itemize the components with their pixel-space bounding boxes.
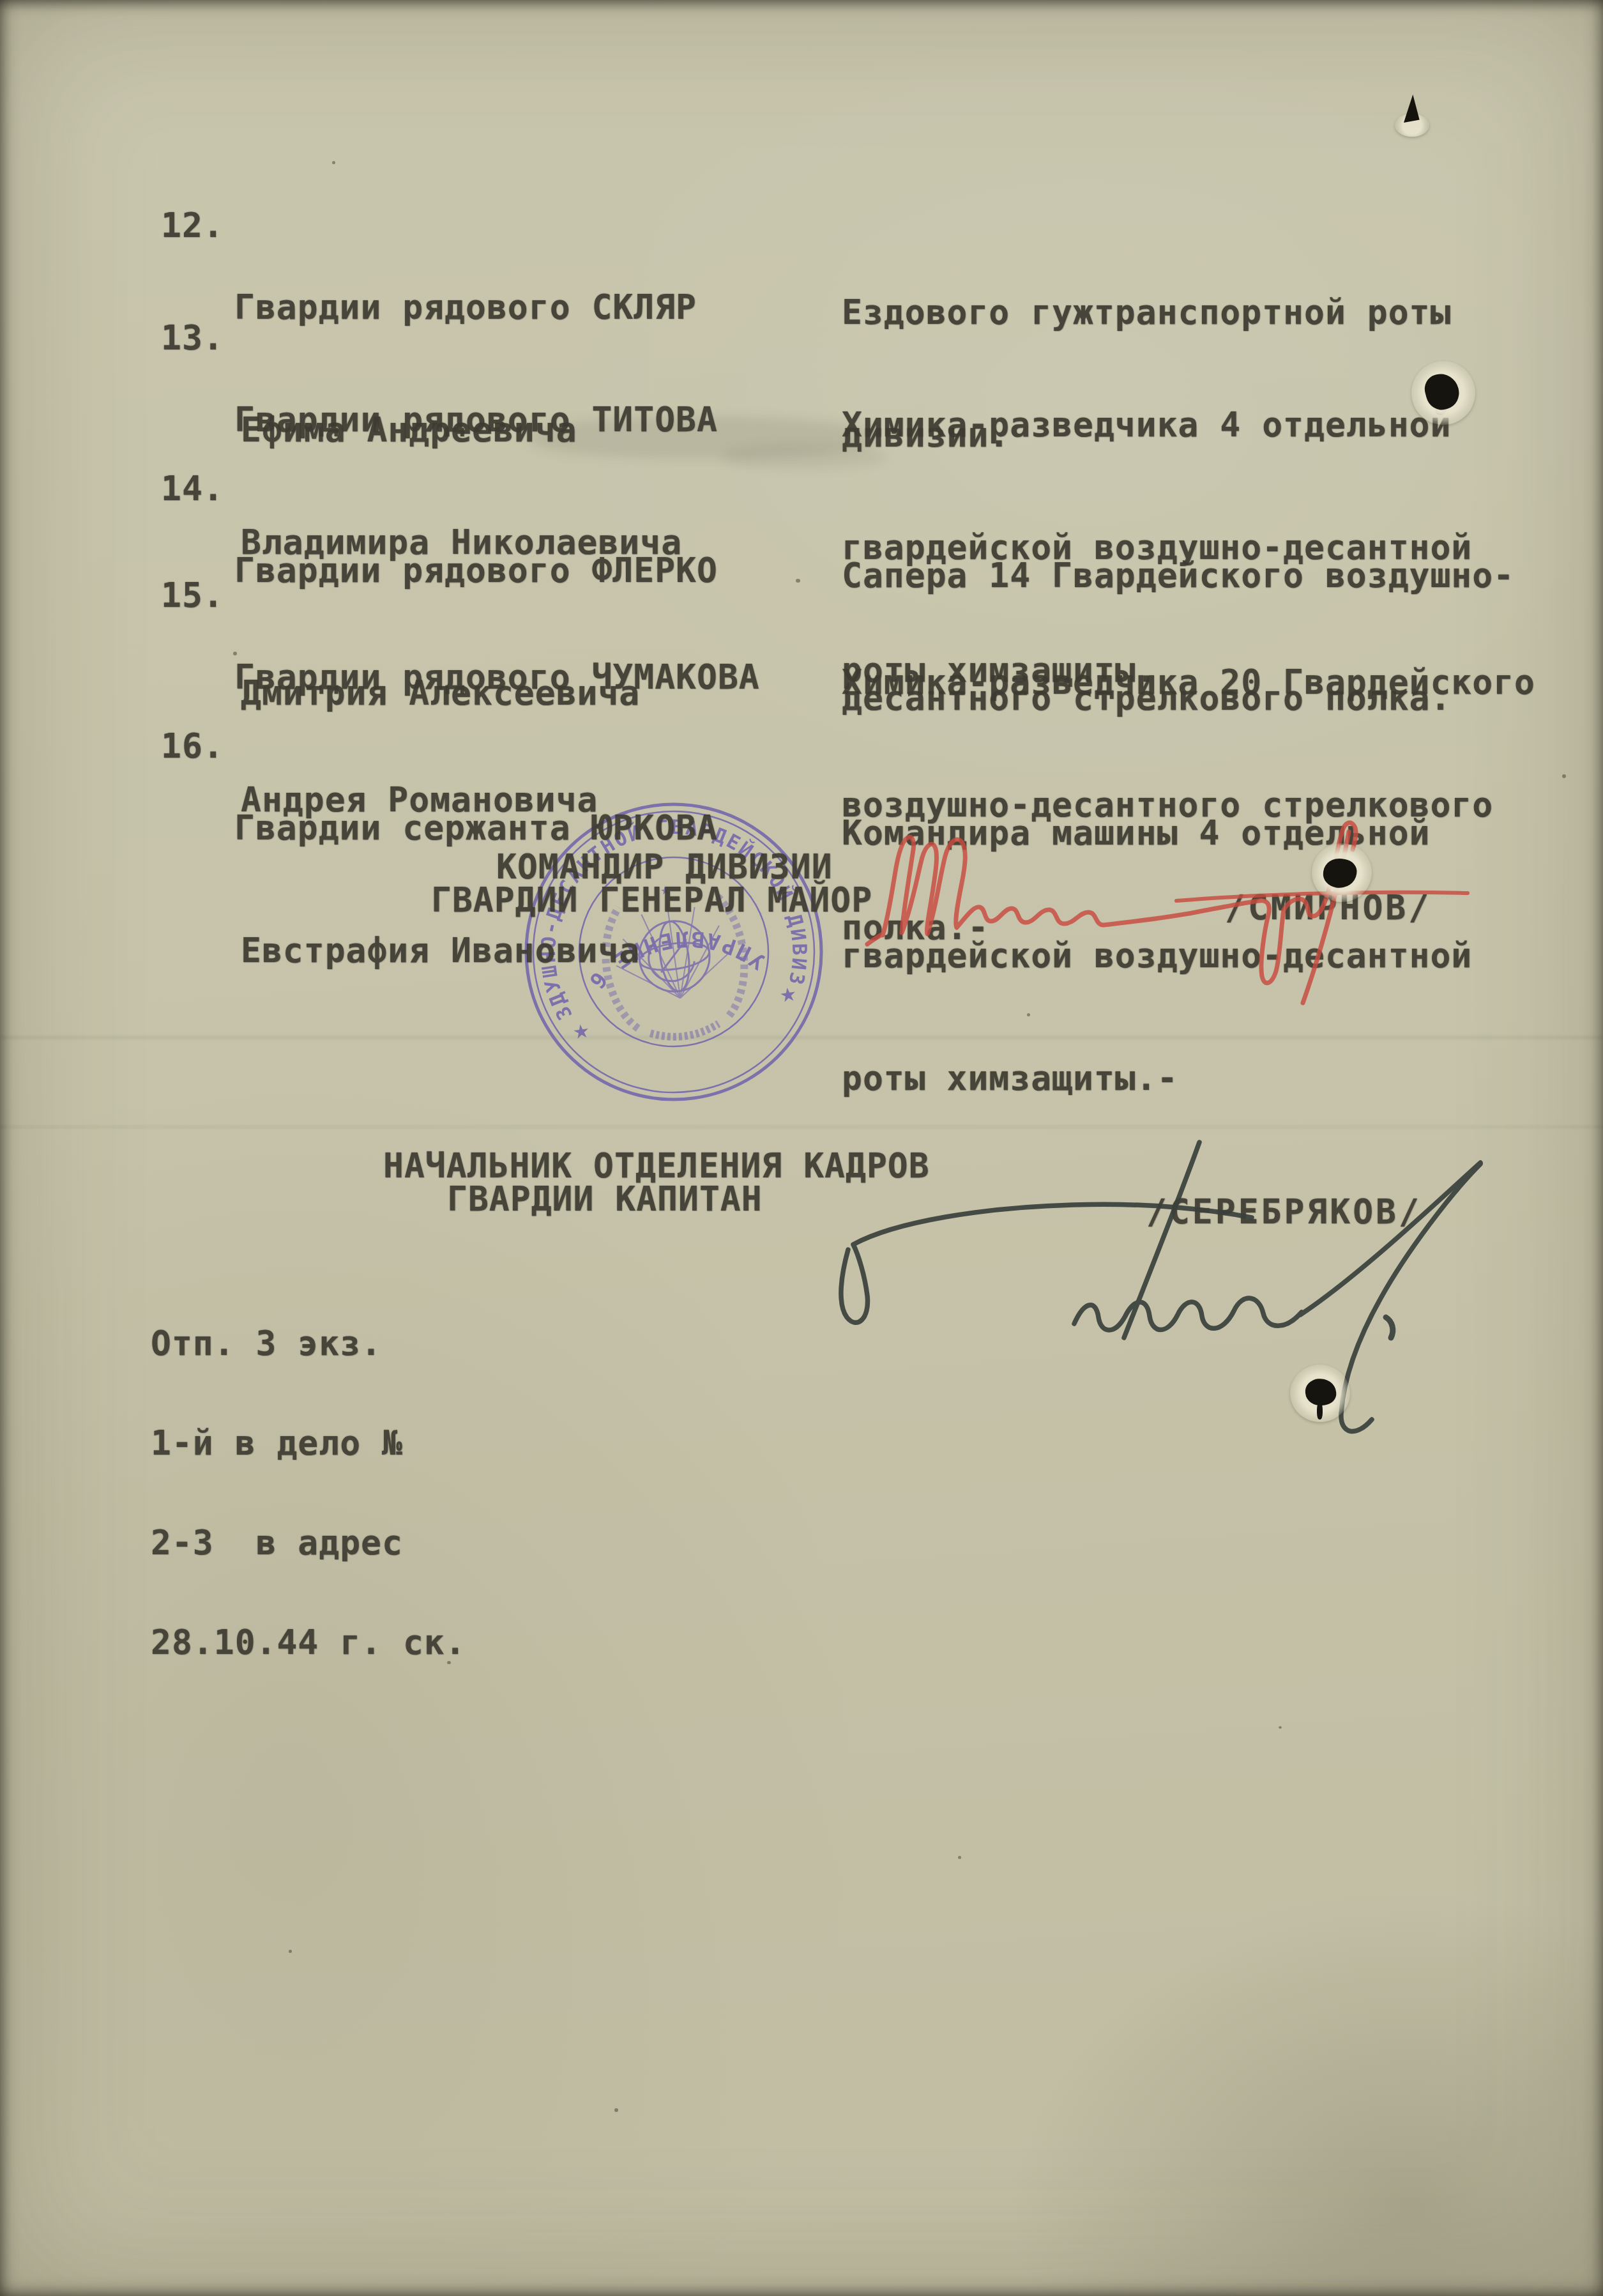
commander-title-line2: ГВАРДИИ ГЕНЕРАЛ МАЙОР	[431, 880, 872, 921]
stamp-star-right-icon: ★	[778, 976, 798, 1009]
paper-speck	[796, 579, 800, 583]
item-16-name-line2: Евстрафия Ивановича	[241, 931, 718, 972]
item-13-number: 13.	[161, 318, 224, 359]
paper-speck	[332, 161, 335, 164]
ink-signature-waves	[1074, 1298, 1302, 1330]
punch-hole-bottom-stem	[1317, 1403, 1323, 1420]
hr-handwritten-signature-ink	[841, 1142, 1480, 1432]
item-16-role-line2: гвардейской воздушно-десантной	[842, 936, 1472, 977]
footer-line3: 2-3 в адрес	[151, 1527, 466, 1560]
footer-line4: 28.10.44 г. ск.	[151, 1626, 466, 1660]
ink-signature-dot	[1386, 1317, 1393, 1338]
item-12-number: 12.	[161, 206, 224, 247]
copies-footer-block: Отп. 3 экз. 1-й в дело № 2-3 в адрес 28.…	[151, 1261, 466, 1726]
item-14-number: 14.	[161, 469, 224, 510]
item-13-role-line1: Химика-разведчика 4 отдельной	[842, 405, 1472, 446]
paper-speck	[958, 1856, 961, 1859]
item-15-number: 15.	[161, 576, 224, 616]
paper-speck	[614, 2108, 618, 2112]
scanned-document-page: ВОЗДУШНО-ДЕСАНТНОЙ ГВАРДЕЙСКОЙ ДИВИЗИИ У…	[0, 0, 1603, 2296]
paper-tear-top-right	[1404, 95, 1420, 123]
item-16-number: 16.	[161, 726, 224, 767]
paper-speck	[1562, 774, 1566, 778]
item-13-name-line1: Гвардии рядового ТИТОВА	[234, 400, 718, 441]
hr-title-line2: ГВАРДИИ КАПИТАН	[447, 1179, 763, 1220]
item-16-role-line3: роты химзащиты.-	[842, 1059, 1472, 1099]
footer-line1: Отп. 3 экз.	[151, 1328, 466, 1361]
paper-speck	[289, 1950, 292, 1953]
footer-line2: 1-й в дело №	[151, 1427, 466, 1460]
hr-typed-surname: /СЕРЕБРЯКОВ/	[1146, 1192, 1422, 1233]
item-16-name-line1: Гвардии сержанта ЮРКОВА	[234, 808, 718, 849]
item-15-name-line1: Гвардии рядового ЧУМАКОВА	[234, 657, 760, 698]
ink-signature-rising-stroke	[1300, 1163, 1480, 1315]
item-15-role-line1: Химика-разведчика 20 Гвардейского	[842, 662, 1535, 703]
paper-speck	[1279, 1726, 1282, 1729]
item-16-role: Командира машины 4 отдельной гвардейской…	[842, 731, 1472, 1181]
item-16-role-line1: Командира машины 4 отдельной	[842, 813, 1472, 854]
